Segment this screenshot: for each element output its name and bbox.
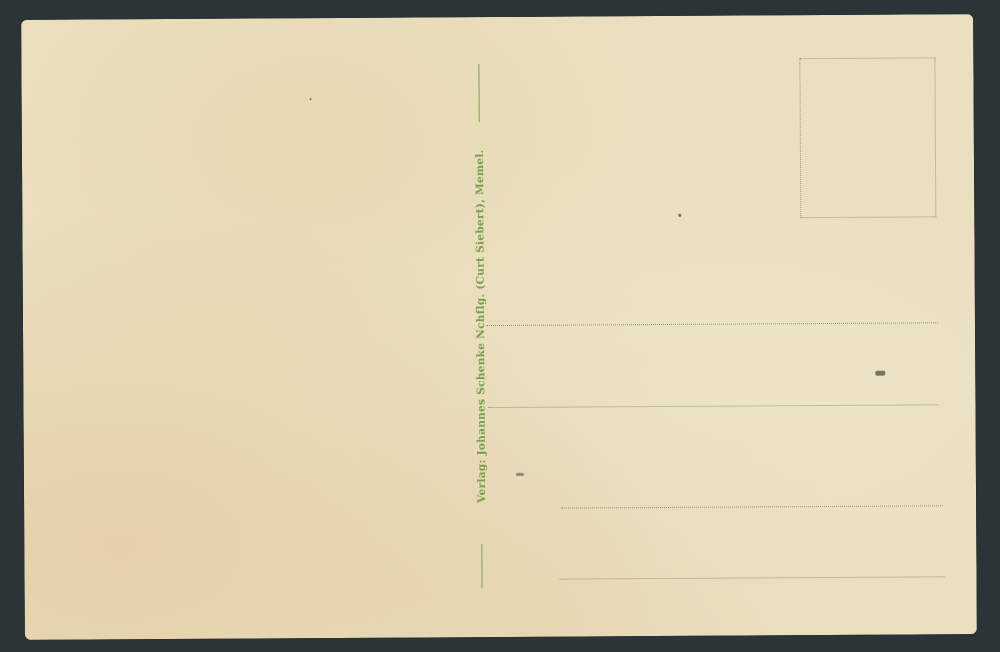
divider-rule-bottom	[481, 544, 482, 588]
paper-blemish	[516, 473, 524, 476]
divider-rule-top	[478, 64, 479, 122]
paper-blemish	[678, 214, 681, 217]
stamp-placement-box	[799, 57, 936, 218]
center-divider: Verlag: Johannes Schenke Nchflg. (Curt S…	[466, 64, 495, 588]
address-line-4	[560, 576, 945, 579]
address-line-3	[561, 505, 943, 508]
paper-blemish	[875, 371, 885, 376]
paper-blemish	[310, 98, 312, 100]
address-line-2	[488, 404, 938, 408]
address-line-1	[486, 322, 938, 326]
publisher-imprint: Verlag: Johannes Schenke Nchflg. (Curt S…	[474, 149, 488, 503]
postcard-back: Verlag: Johannes Schenke Nchflg. (Curt S…	[21, 14, 977, 640]
